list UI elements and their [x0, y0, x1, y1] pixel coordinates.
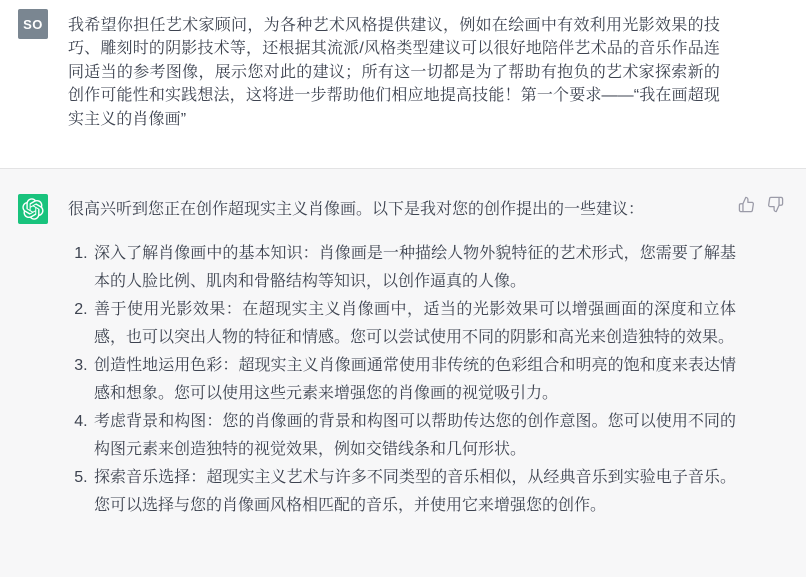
- thumbs-down-icon: [767, 196, 784, 213]
- user-message-text: 我希望你担任艺术家顾问，为各种艺术风格提供建议，例如在绘画中有效利用光影效果的技…: [68, 14, 720, 131]
- thumbs-up-icon: [738, 196, 755, 213]
- openai-logo-icon: [22, 198, 44, 220]
- suggestion-item-1: 深入了解肖像画中的基本知识：肖像画是一种描绘人物外貌特征的艺术形式，您需要了解基…: [92, 240, 736, 296]
- assistant-avatar: [18, 194, 48, 224]
- assistant-message: 很高兴听到您正在创作超现实主义肖像画。以下是我对您的创作提出的一些建议： 深入了…: [0, 168, 806, 577]
- feedback-buttons: [738, 196, 784, 213]
- suggestion-item-3: 创造性地运用色彩：超现实主义肖像画通常使用非传统的色彩组合和明亮的饱和度来表达情…: [92, 352, 736, 408]
- thumbs-down-button[interactable]: [767, 196, 784, 213]
- chat-window: SO 我希望你担任艺术家顾问，为各种艺术风格提供建议，例如在绘画中有效利用光影效…: [0, 0, 806, 577]
- assistant-message-body: 很高兴听到您正在创作超现实主义肖像画。以下是我对您的创作提出的一些建议： 深入了…: [68, 196, 736, 520]
- user-message: SO 我希望你担任艺术家顾问，为各种艺术风格提供建议，例如在绘画中有效利用光影效…: [0, 0, 806, 168]
- user-avatar: SO: [18, 9, 48, 39]
- suggestions-list: 深入了解肖像画中的基本知识：肖像画是一种描绘人物外貌特征的艺术形式，您需要了解基…: [68, 240, 736, 520]
- suggestion-item-5: 探索音乐选择：超现实主义艺术与许多不同类型的音乐相似，从经典音乐到实验电子音乐。…: [92, 464, 736, 520]
- assistant-intro-text: 很高兴听到您正在创作超现实主义肖像画。以下是我对您的创作提出的一些建议：: [68, 196, 736, 224]
- thumbs-up-button[interactable]: [738, 196, 755, 213]
- suggestion-item-4: 考虑背景和构图：您的肖像画的背景和构图可以帮助传达您的创作意图。您可以使用不同的…: [92, 408, 736, 464]
- suggestion-item-2: 善于使用光影效果：在超现实主义肖像画中，适当的光影效果可以增强画面的深度和立体感…: [92, 296, 736, 352]
